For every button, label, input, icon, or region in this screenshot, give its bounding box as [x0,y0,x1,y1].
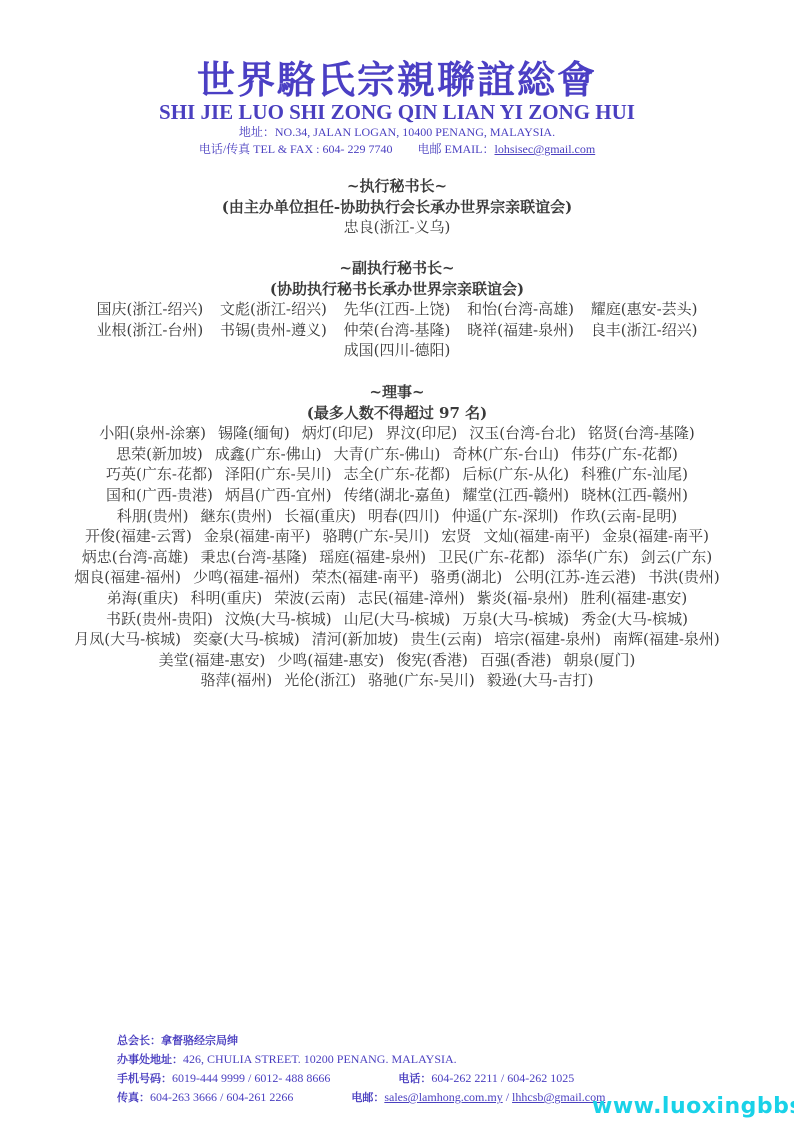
president-line: 总会长：拿督骆经宗局绅 [117,1031,605,1050]
member: 文灿(福建-南平) [483,527,590,545]
member: 奕豪(大马-槟城) [193,630,300,648]
section-subtitle: (最多人数不得超过 97 名) [0,403,794,424]
member: 耀堂(江西-赣州) [462,486,569,504]
member: 培宗(福建-泉州) [494,630,601,648]
office-line: 办事处地址：426, CHULIA STREET. 10200 PENANG. … [117,1050,605,1069]
member-row: 小阳(泉州-涂寨)锡隆(缅甸)炳灯(印尼)界汶(印尼)汉玉(台湾-台北)铭贤(台… [0,423,794,444]
member: 公明(江苏-连云港) [514,568,636,586]
member: 剑云(广东) [641,548,713,566]
member: 瑶庭(福建-泉州) [319,548,426,566]
member: 思荣(新加坡) [116,445,203,463]
member: 美堂(福建-惠安) [159,651,266,669]
member: 志全(广东-花都) [344,465,451,483]
member-row: 科朋(贵州)継东(贵州)长福(重庆)明春(四川)仲遥(广东-深圳)作玖(云南-昆… [0,506,794,527]
member-row: 弟海(重庆)科明(重庆)荣波(云南)志民(福建-漳州)紫炎(福-泉州)胜利(福建… [0,588,794,609]
member: 秉忠(台湾-基隆) [201,548,308,566]
member-row: 烟良(福建-福州)少鸣(福建-福州)荣杰(福建-南平)骆勇(湖北)公明(江苏-连… [0,567,794,588]
member: 秀金(大马-槟城) [581,610,688,628]
mobile-numbers: 6019-444 9999 / 6012- 488 8666 [172,1071,330,1085]
member: 仲荣(台湾-基隆) [344,321,451,339]
member: 炳昌(广西-宜州) [225,486,332,504]
member: 紫炎(福-泉州) [477,589,569,607]
member: 锡隆(缅甸) [218,424,290,442]
letterhead-address: 地址：NO.34, JALAN LOGAN, 10400 PENANG, MAL… [0,124,794,141]
footer-email-label: 电邮： [351,1091,384,1104]
member: 忠良(浙江-义乌) [0,217,794,238]
member: 科明(重庆) [190,589,262,607]
member: 传绪(湖北-嘉鱼) [344,486,451,504]
member: 作玖(云南-昆明) [570,507,677,525]
phone-numbers: 604-262 2211 / 604-262 1025 [431,1071,574,1085]
letterhead-contact: 电话/传真 TEL & FAX : 604- 229 7740 电邮 EMAIL… [0,141,794,157]
email-separator: / [503,1090,512,1104]
member: 成鑫(广东-佛山) [215,445,322,463]
member: 良丰(浙江-绍兴) [591,321,698,339]
member-row: 国庆(浙江-绍兴) 文彪(浙江-绍兴) 先华(江西-上饶) 和怡(台湾-高雄) … [0,299,794,320]
member: 百强(香港) [480,651,552,669]
member: 金泉(福建-南平) [602,527,709,545]
member: 毅逊(大马-吉打) [487,671,594,689]
mobile-label: 手机号码： [117,1072,172,1085]
member: 骆驰(广东-吴川) [368,671,475,689]
member-row: 开俊(福建-云霄)金泉(福建-南平)骆聘(广东-吴川)宏贤文灿(福建-南平)金泉… [0,526,794,547]
section-subtitle: (协助执行秘书长承办世界宗亲联谊会) [0,279,794,300]
member: 伟芬(广东-花都) [571,445,678,463]
member: 炳忠(台湾-高雄) [82,548,189,566]
member: 科朋(贵州) [117,507,189,525]
member: 泽阳(广东-吴川) [225,465,332,483]
office-label: 办事处地址： [117,1053,183,1066]
member: 大青(广东-佛山) [334,445,441,463]
member: 界汶(印尼) [385,424,457,442]
member: 耀庭(惠安-芸头) [591,300,698,318]
member: 胜利(福建-惠安) [580,589,687,607]
member: 朝泉(厦门) [564,651,636,669]
member: 清河(新加坡) [312,630,399,648]
member: 卫民(广东-花都) [438,548,545,566]
footer: 总会长：拿督骆经宗局绅 办事处地址：426, CHULIA STREET. 10… [117,1031,605,1107]
member: 汶焕(大马-槟城) [225,610,332,628]
member: 开俊(福建-云霄) [85,527,192,545]
member-row: 业根(浙江-台州) 书锡(贵州-遵义) 仲荣(台湾-基隆) 晓祥(福建-泉州) … [0,320,794,341]
member: 汉玉(台湾-台北) [469,424,576,442]
member: 弟海(重庆) [107,589,179,607]
president-name: 拿督骆经宗局绅 [161,1034,238,1047]
member-row: 月凤(大马-槟城)奕豪(大马-槟城)清河(新加坡)贵生(云南)培宗(福建-泉州)… [0,629,794,650]
member: 书锡(贵州-遵义) [220,321,327,339]
member-row: 炳忠(台湾-高雄)秉忠(台湾-基隆)瑶庭(福建-泉州)卫民(广东-花都)添华(广… [0,547,794,568]
association-title-chinese: 世界駱氏宗親聯誼総會 [0,58,794,102]
member: 山尼(大马-槟城) [344,610,451,628]
member: 巧英(广东-花都) [106,465,213,483]
member: 后标(广东-从化) [462,465,569,483]
letterhead: 世界駱氏宗親聯誼総會 SHI JIE LUO SHI ZONG QIN LIAN… [0,58,794,157]
member: 南辉(福建-泉州) [613,630,720,648]
member-row: 国和(广西-贵港)炳昌(广西-宜州)传绪(湖北-嘉鱼)耀堂(江西-赣州)晓林(江… [0,485,794,506]
member: 荣杰(福建-南平) [312,568,419,586]
member: 业根(浙江-台州) [96,321,203,339]
member: 金泉(福建-南平) [204,527,311,545]
member: 晓祥(福建-泉州) [467,321,574,339]
member: 小阳(泉州-涂寨) [99,424,206,442]
member-row: 成国(四川-德阳) [0,340,794,361]
office-address: 426, CHULIA STREET. 10200 PENANG. MALAYS… [183,1052,457,1066]
member: 文彪(浙江-绍兴) [220,300,327,318]
member: 国庆(浙江-绍兴) [96,300,203,318]
member: 先华(江西-上饶) [344,300,451,318]
association-title-romanized: SHI JIE LUO SHI ZONG QIN LIAN YI ZONG HU… [0,100,794,124]
member-row: 美堂(福建-惠安)少鸣(福建-惠安)俊宪(香港)百强(香港)朝泉(厦门) [0,650,794,671]
member-row: 思荣(新加坡)成鑫(广东-佛山)大青(广东-佛山)奇林(广东-台山)伟芬(广东-… [0,444,794,465]
member: 明春(四川) [368,507,440,525]
member: 月凤(大马-槟城) [74,630,181,648]
member: 継东(贵州) [201,507,273,525]
watermark: www.luoxingbbs.com [592,1094,794,1119]
member: 俊宪(香港) [396,651,468,669]
email-link-sales[interactable]: sales@lamhong.com.my [384,1090,502,1104]
section-title: ~理事~ [0,382,794,403]
member: 万泉(大马-槟城) [462,610,569,628]
section-directors: ~理事~ (最多人数不得超过 97 名) 小阳(泉州-涂寨)锡隆(缅甸)炳灯(印… [0,382,794,691]
member: 晓林(江西-赣州) [581,486,688,504]
section-title: ~副执行秘书长~ [0,258,794,279]
member-row: 巧英(广东-花都)泽阳(广东-吴川)志全(广东-花都)后标(广东-从化)科雅(广… [0,464,794,485]
fax-numbers: 604-263 3666 / 604-261 2266 [150,1090,293,1104]
member: 长福(重庆) [284,507,356,525]
member: 科雅(广东-汕尾) [581,465,688,483]
member: 铭贤(台湾-基隆) [588,424,695,442]
member: 骆聘(广东-吴川) [323,527,430,545]
phone-label: 电话： [398,1072,431,1085]
member: 国和(广西-贵港) [106,486,213,504]
section-deputy-exec-secretary: ~副执行秘书长~ (协助执行秘书长承办世界宗亲联谊会) 国庆(浙江-绍兴) 文彪… [0,258,794,361]
president-label: 总会长： [117,1034,161,1047]
member: 荣波(云南) [274,589,346,607]
phone-line: 手机号码：6019-444 9999 / 6012- 488 8666 电话：6… [117,1069,605,1088]
member: 少鸣(福建-福州) [193,568,300,586]
fax-line: 传真：604-263 3666 / 604-261 2266 电邮：sales@… [117,1088,605,1107]
email-label: 电邮 EMAIL： [417,142,494,156]
member: 烟良(福建-福州) [74,568,181,586]
section-exec-secretary: ~执行秘书长~ (由主办单位担任-协助执行会长承办世界宗亲联谊会) 忠良(浙江-… [0,176,794,238]
email-link[interactable]: lohsisec@gmail.com [494,142,595,156]
member: 成国(四川-德阳) [344,341,451,359]
section-subtitle: (由主办单位担任-协助执行会长承办世界宗亲联谊会) [0,197,794,218]
member: 志民(福建-漳州) [358,589,465,607]
member: 和怡(台湾-高雄) [467,300,574,318]
member: 书跃(贵州-贵阳) [106,610,213,628]
member: 奇林(广东-台山) [452,445,559,463]
member: 骆萍(福州) [201,671,273,689]
member: 少鸣(福建-惠安) [277,651,384,669]
member: 骆勇(湖北) [431,568,503,586]
section-title: ~执行秘书长~ [0,176,794,197]
member-row: 骆萍(福州)光伦(浙江)骆驰(广东-吴川)毅逊(大马-吉打) [0,670,794,691]
member: 添华(广东) [557,548,629,566]
member: 炳灯(印尼) [302,424,374,442]
member-row: 书跃(贵州-贵阳)汶焕(大马-槟城)山尼(大马-槟城)万泉(大马-槟城)秀金(大… [0,609,794,630]
tel-fax: 电话/传真 TEL & FAX : 604- 229 7740 [199,142,393,156]
member: 光伦(浙江) [284,671,356,689]
member: 书洪(贵州) [648,568,720,586]
member: 仲遥(广东-深圳) [452,507,559,525]
member: 宏贤 [441,527,471,545]
fax-label: 传真： [117,1091,150,1104]
member: 贵生(云南) [411,630,483,648]
